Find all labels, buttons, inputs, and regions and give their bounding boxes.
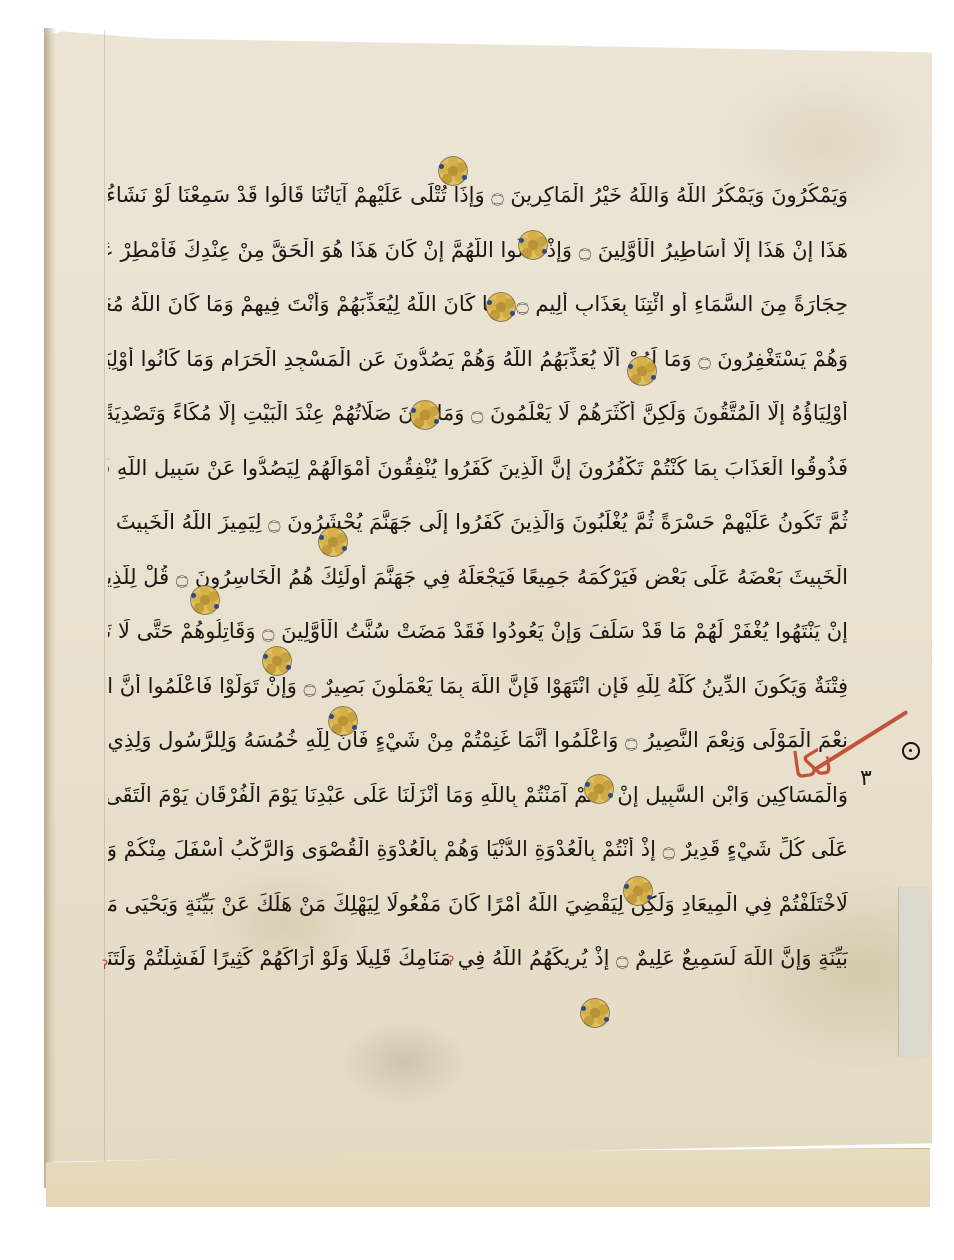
text-line-9: إِنْ يَنْتَهُوا يُغْفَرْ لَهُمْ مَا قَدْ… <box>108 604 848 659</box>
right-edge-tab <box>899 887 929 1057</box>
fold-line <box>104 30 105 1180</box>
text-line-10: فِتْنَةٌ وَيَكُونَ الدِّينُ كُلُّهُ لِلَ… <box>108 659 848 714</box>
red-vowel-mark: ʔ <box>448 954 454 968</box>
leaf-torn-edge <box>44 28 56 1188</box>
margin-red-text: نكا <box>789 741 835 787</box>
margin-annotation: نكا ٣ <box>792 706 912 816</box>
verse-marker-rosette-icon <box>627 356 657 386</box>
verse-marker-rosette-icon <box>262 646 292 676</box>
text-line-11: نِعْمَ الْمَوْلَى وَنِعْمَ النَّصِيرُ ۝ … <box>108 713 848 768</box>
verse-marker-rosette-icon <box>584 774 614 804</box>
text-line-12: وَالْمَسَاكِينِ وَابْنِ السَّبِيلِ إِنْ … <box>108 768 848 823</box>
verse-marker-rosette-icon <box>623 876 653 906</box>
verse-marker-rosette-icon <box>438 156 468 186</box>
text-block: وَيَمْكُرُونَ وَيَمْكُرُ اللَّهُ وَاللَّ… <box>108 168 848 986</box>
text-line-15: بَيِّنَةٍ وَإِنَّ اللَّهَ لَسَمِيعٌ عَلِ… <box>108 931 848 986</box>
margin-circle-mark-icon <box>902 742 920 760</box>
verse-marker-rosette-icon <box>486 292 516 322</box>
text-line-14: لَاخْتَلَفْتُمْ فِي الْمِيعَادِ وَلَكِنْ… <box>108 877 848 932</box>
verse-marker-rosette-icon <box>580 998 610 1028</box>
verse-marker-rosette-icon <box>318 527 348 557</box>
verse-marker-rosette-icon <box>190 585 220 615</box>
red-vowel-mark: ʔ <box>102 958 108 972</box>
text-line-5: أَوْلِيَاؤُهُ إِلَّا الْمُتَّقُونَ وَلَك… <box>108 386 848 441</box>
text-line-3: حِجَارَةً مِنَ السَّمَاءِ أَوِ ائْتِنَا … <box>108 277 848 332</box>
text-line-6: فَذُوقُوا الْعَذَابَ بِمَا كُنْتُمْ تَكْ… <box>108 441 848 496</box>
text-line-2: هَذَا إِنْ هَذَا إِلَّا أَسَاطِيرُ الْأَ… <box>108 223 848 278</box>
margin-black-text: ٣ <box>860 766 872 791</box>
text-line-7: ثُمَّ تَكُونُ عَلَيْهِمْ حَسْرَةً ثُمَّ … <box>108 495 848 550</box>
text-line-13: عَلَى كُلِّ شَيْءٍ قَدِيرٌ ۝ إِذْ أَنْتُ… <box>108 822 848 877</box>
verse-marker-rosette-icon <box>410 400 440 430</box>
text-line-4: وَهُمْ يَسْتَغْفِرُونَ ۝ وَمَا لَهُمْ أَ… <box>108 332 848 387</box>
verse-marker-rosette-icon <box>328 706 358 736</box>
verse-marker-rosette-icon <box>518 230 548 260</box>
text-line-1: وَيَمْكُرُونَ وَيَمْكُرُ اللَّهُ وَاللَّ… <box>108 168 848 223</box>
